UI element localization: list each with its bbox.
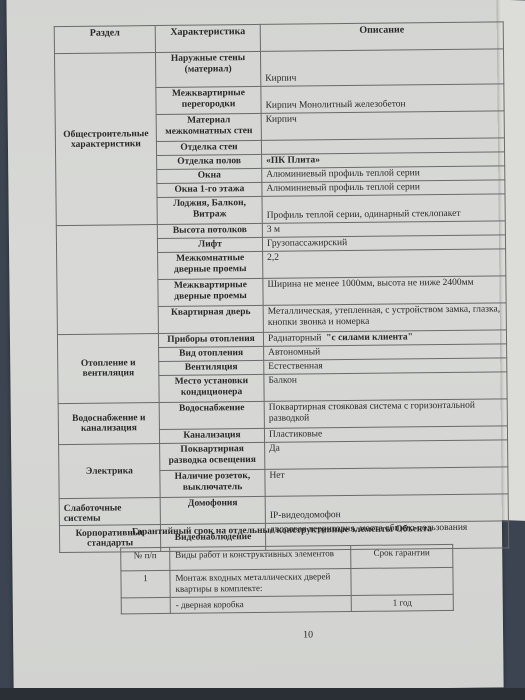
section-general: Общестроительные характеристики xyxy=(54,53,157,226)
background-surface xyxy=(0,688,525,700)
characteristic-cell: Вид отопления xyxy=(159,346,264,361)
warranty-table: № п/п Виды работ и конструктивных элемен… xyxy=(120,544,454,614)
characteristic-cell: Лифт xyxy=(157,237,262,252)
warranty-header-work: Виды работ и конструктивных элементов xyxy=(170,546,351,571)
header-section: Раздел xyxy=(54,26,155,54)
table-row: Общестроительные характеристики Наружные… xyxy=(54,49,503,89)
description-cell: IP-видеодомофон xyxy=(265,494,508,524)
description-text: Радиаторный xyxy=(268,333,322,344)
characteristic-cell: Отделка стен xyxy=(156,140,261,155)
description-cell: Ширина не менее 1000мм, высота не ниже 2… xyxy=(263,276,506,306)
warranty-header-term: Срок гарантии xyxy=(351,544,453,568)
section-blank xyxy=(56,225,158,335)
warranty-number-cell xyxy=(121,597,170,614)
characteristic-cell: Окна 1-го этажа xyxy=(157,182,262,197)
characteristic-cell: Поквартирная разводка освещения xyxy=(160,442,265,470)
warranty-term-cell: 1 год xyxy=(351,594,453,611)
description-bold-text: "с силами клиента" xyxy=(326,332,413,343)
characteristics-table: Раздел Характеристика Описание Общестрои… xyxy=(54,21,509,553)
description-cell: Кирпич Монолитный железобетон xyxy=(261,84,504,114)
page-number: 10 xyxy=(303,629,313,640)
characteristic-cell: Квартирная дверь xyxy=(158,305,263,333)
header-characteristic: Характеристика xyxy=(155,24,260,52)
section-heating: Отопление и вентиляция xyxy=(57,334,159,404)
warranty-row: - дверная коробка 1 год xyxy=(121,594,453,613)
characteristic-cell: Материал межкомнатных стен xyxy=(156,113,261,141)
description-cell: Металлическая, утепленная, с устройством… xyxy=(263,303,506,333)
description-cell: Кирпич xyxy=(260,49,503,87)
characteristic-cell: Окна xyxy=(157,168,262,183)
description-cell: Нет xyxy=(265,467,508,497)
characteristic-cell: Приборы отопления xyxy=(158,332,263,347)
characteristic-cell: Канализация xyxy=(159,428,264,443)
section-electrical: Электрика xyxy=(59,444,161,499)
characteristic-cell: Межквартирные перегородки xyxy=(156,86,261,114)
description-cell: Да xyxy=(265,440,508,470)
warranty-work-cell: Монтаж входных металлических дверей квар… xyxy=(170,569,351,598)
header-description: Описание xyxy=(260,22,503,52)
characteristic-cell: Отделка полов xyxy=(157,154,262,169)
description-cell: Кирпич xyxy=(261,111,504,141)
warranty-term-cell xyxy=(351,567,453,595)
characteristic-cell: Высота потолков xyxy=(157,223,262,238)
warranty-row: 1 Монтаж входных металлических дверей кв… xyxy=(121,567,453,597)
characteristic-cell: Межквартирные дверные проемы xyxy=(158,278,263,306)
description-cell: 2,2 xyxy=(263,249,506,279)
characteristic-cell: Место установки кондиционера xyxy=(159,374,264,402)
characteristic-cell: Наличие розеток, выключатель xyxy=(160,469,265,497)
section-low-current: Слаботочные системы xyxy=(59,498,160,526)
characteristic-cell: Вентиляция xyxy=(159,360,264,375)
description-cell: Поквартирная стояковая система с горизон… xyxy=(264,399,507,429)
characteristic-cell: Домофония xyxy=(160,496,265,524)
warranty-work-cell: - дверная коробка xyxy=(170,596,351,614)
section-water: Водоснабжение и канализация xyxy=(58,403,159,445)
characteristic-cell: Лоджия, Балкон, Витраж xyxy=(157,196,262,224)
characteristic-cell: Межкомнатные дверные проемы xyxy=(158,251,263,279)
warranty-number-cell: 1 xyxy=(121,570,170,598)
characteristic-cell: Водоснабжение xyxy=(159,401,264,429)
description-cell: Профиль теплой серии, одинарный стеклопа… xyxy=(262,194,505,224)
warranty-header-number: № п/п xyxy=(121,547,170,571)
description-cell: Балкон xyxy=(264,372,507,402)
warranty-header-row: № п/п Виды работ и конструктивных элемен… xyxy=(121,544,453,570)
document-page: Раздел Характеристика Описание Общестрои… xyxy=(6,0,503,693)
characteristic-cell: Наружные стены (материал) xyxy=(155,51,260,87)
